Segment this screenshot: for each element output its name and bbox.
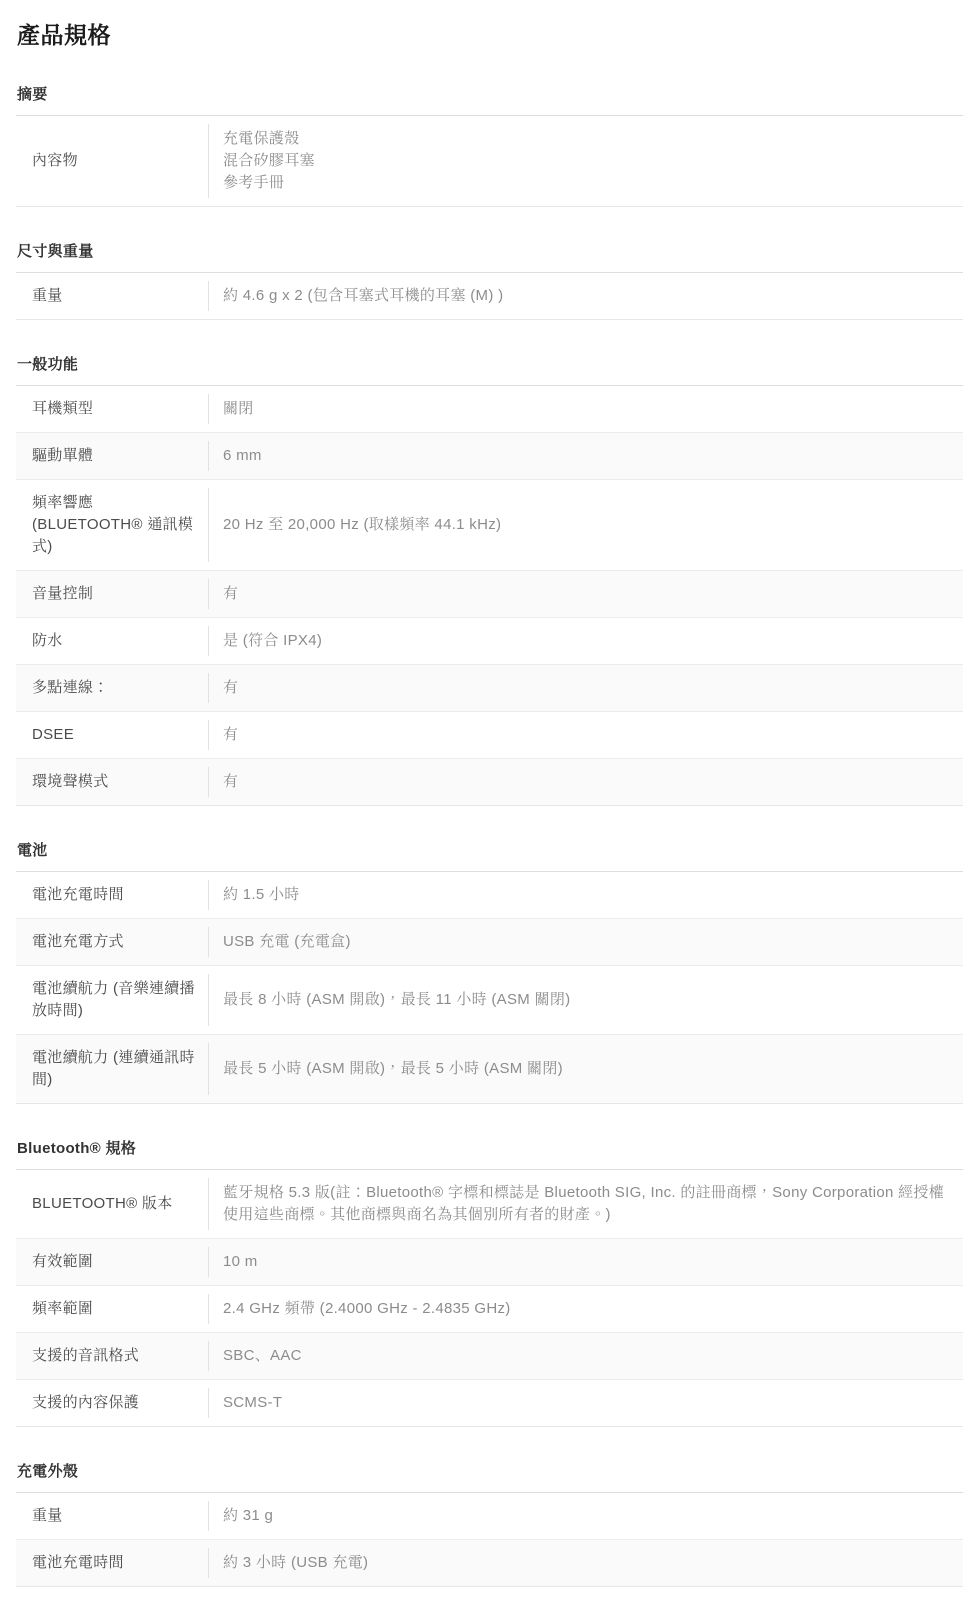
spec-row: 環境聲模式 有 (16, 759, 963, 805)
spec-row: 重量 約 31 g (16, 1493, 963, 1540)
spec-value: SBC、AAC (208, 1333, 963, 1379)
spec-label: 支援的內容保護 (16, 1380, 208, 1426)
column-divider (208, 394, 209, 424)
spec-value-line: 有 (223, 583, 945, 605)
spec-row: 有效範圍 10 m (16, 1239, 963, 1286)
spec-table-dimensions-weight: 重量 約 4.6 g x 2 (包含耳塞式耳機的耳塞 (M) ) (16, 272, 963, 320)
spec-value-line: USB 充電 (充電盒) (223, 931, 945, 953)
spec-value-line: 6 mm (223, 445, 945, 467)
spec-label: 頻率範圍 (16, 1286, 208, 1332)
section-heading-general-features: 一般功能 (17, 355, 963, 375)
column-divider (208, 579, 209, 609)
spec-page: 產品規格 摘要 內容物 充電保護殼 混合矽膠耳塞 參考手冊 尺寸與重量 重量 (0, 0, 979, 1611)
spec-value-line: 有 (223, 724, 945, 746)
section-dimensions-weight: 尺寸與重量 重量 約 4.6 g x 2 (包含耳塞式耳機的耳塞 (M) ) (16, 242, 963, 320)
spec-value: USB 充電 (充電盒) (208, 919, 963, 965)
spec-label: 有效範圍 (16, 1239, 208, 1285)
spec-value: 約 1.5 小時 (208, 872, 963, 918)
spec-label: 耳機類型 (16, 386, 208, 432)
spec-row: 內容物 充電保護殼 混合矽膠耳塞 參考手冊 (16, 116, 963, 206)
spec-value: 藍牙規格 5.3 版(註：Bluetooth® 字標和標誌是 Bluetooth… (208, 1170, 963, 1238)
section-summary: 摘要 內容物 充電保護殼 混合矽膠耳塞 參考手冊 (16, 85, 963, 207)
spec-table-summary: 內容物 充電保護殼 混合矽膠耳塞 參考手冊 (16, 115, 963, 207)
spec-label: 電池續航力 (連續通訊時間) (16, 1035, 208, 1103)
spec-label: DSEE (16, 712, 208, 758)
column-divider (208, 1294, 209, 1324)
spec-value: 有 (208, 665, 963, 711)
spec-value-line: 約 1.5 小時 (223, 884, 945, 906)
spec-label: 電池續航力 (音樂連續播放時間) (16, 966, 208, 1034)
spec-row: 音量控制 有 (16, 571, 963, 618)
spec-label: 防水 (16, 618, 208, 664)
spec-label: 電池充電方式 (16, 919, 208, 965)
spec-label: 重量 (16, 273, 208, 319)
spec-value-line: 約 3 小時 (USB 充電) (223, 1552, 945, 1574)
section-general-features: 一般功能 耳機類型 關閉 驅動單體 6 mm 頻率響應 (BLUETOOTH® … (16, 355, 963, 806)
spec-value: 約 31 g (208, 1493, 963, 1539)
spec-value-line: SCMS-T (223, 1392, 945, 1414)
spec-value: 最長 8 小時 (ASM 開啟)，最長 11 小時 (ASM 關閉) (208, 977, 963, 1023)
spec-value: 有 (208, 571, 963, 617)
spec-value-line: 最長 5 小時 (ASM 開啟)，最長 5 小時 (ASM 關閉) (223, 1058, 945, 1080)
column-divider (208, 626, 209, 656)
spec-value: 有 (208, 712, 963, 758)
column-divider (208, 673, 209, 703)
spec-value-line: 參考手冊 (223, 172, 945, 194)
section-heading-charging-case: 充電外殼 (17, 1462, 963, 1482)
spec-value-line: 充電保護殼 (223, 128, 945, 150)
spec-value-line: 關閉 (223, 398, 945, 420)
spec-row: BLUETOOTH® 版本 藍牙規格 5.3 版(註：Bluetooth® 字標… (16, 1170, 963, 1239)
column-divider (208, 927, 209, 957)
spec-label: 支援的音訊格式 (16, 1333, 208, 1379)
section-heading-dimensions-weight: 尺寸與重量 (17, 242, 963, 262)
spec-value: 6 mm (208, 433, 963, 479)
column-divider (208, 1548, 209, 1578)
spec-value: 最長 5 小時 (ASM 開啟)，最長 5 小時 (ASM 關閉) (208, 1046, 963, 1092)
spec-value: 20 Hz 至 20,000 Hz (取樣頻率 44.1 kHz) (208, 502, 963, 548)
section-heading-bluetooth-spec: Bluetooth® 規格 (17, 1139, 963, 1159)
spec-value-line: 2.4 GHz 頻帶 (2.4000 GHz - 2.4835 GHz) (223, 1298, 945, 1320)
column-divider (208, 880, 209, 910)
spec-label: 電池充電時間 (16, 1540, 208, 1586)
spec-value-line: 是 (符合 IPX4) (223, 630, 945, 652)
page-title: 產品規格 (17, 20, 963, 50)
spec-row: 電池充電方式 USB 充電 (充電盒) (16, 919, 963, 966)
spec-row: 支援的內容保護 SCMS-T (16, 1380, 963, 1426)
section-charging-case: 充電外殼 重量 約 31 g 電池充電時間 約 3 小時 (USB 充電) (16, 1462, 963, 1587)
spec-value-line: 10 m (223, 1251, 945, 1273)
spec-value-line: 20 Hz 至 20,000 Hz (取樣頻率 44.1 kHz) (223, 514, 945, 536)
column-divider (208, 281, 209, 311)
column-divider (208, 1388, 209, 1418)
spec-value: 10 m (208, 1239, 963, 1285)
spec-row: 支援的音訊格式 SBC、AAC (16, 1333, 963, 1380)
spec-label: 電池充電時間 (16, 872, 208, 918)
spec-label: BLUETOOTH® 版本 (16, 1181, 208, 1227)
spec-row: 驅動單體 6 mm (16, 433, 963, 480)
spec-row: 電池充電時間 約 3 小時 (USB 充電) (16, 1540, 963, 1586)
spec-value: 約 4.6 g x 2 (包含耳塞式耳機的耳塞 (M) ) (208, 273, 963, 319)
spec-row: 電池續航力 (音樂連續播放時間) 最長 8 小時 (ASM 開啟)，最長 11 … (16, 966, 963, 1035)
section-battery: 電池 電池充電時間 約 1.5 小時 電池充電方式 USB 充電 (充電盒) 電… (16, 841, 963, 1104)
spec-value: 關閉 (208, 386, 963, 432)
column-divider (208, 441, 209, 471)
column-divider (208, 767, 209, 797)
spec-value: 約 3 小時 (USB 充電) (208, 1540, 963, 1586)
spec-table-battery: 電池充電時間 約 1.5 小時 電池充電方式 USB 充電 (充電盒) 電池續航… (16, 871, 963, 1104)
column-divider (208, 1501, 209, 1531)
spec-table-charging-case: 重量 約 31 g 電池充電時間 約 3 小時 (USB 充電) (16, 1492, 963, 1587)
spec-value: 是 (符合 IPX4) (208, 618, 963, 664)
spec-value: 有 (208, 759, 963, 805)
spec-value-line: 混合矽膠耳塞 (223, 150, 945, 172)
spec-row: 頻率範圍 2.4 GHz 頻帶 (2.4000 GHz - 2.4835 GHz… (16, 1286, 963, 1333)
spec-table-general-features: 耳機類型 關閉 驅動單體 6 mm 頻率響應 (BLUETOOTH® 通訊模式)… (16, 385, 963, 806)
spec-table-bluetooth-spec: BLUETOOTH® 版本 藍牙規格 5.3 版(註：Bluetooth® 字標… (16, 1169, 963, 1427)
column-divider (208, 1341, 209, 1371)
column-divider (208, 488, 209, 562)
spec-label: 音量控制 (16, 571, 208, 617)
spec-label: 環境聲模式 (16, 759, 208, 805)
column-divider (208, 720, 209, 750)
spec-row: 電池充電時間 約 1.5 小時 (16, 872, 963, 919)
spec-row: 頻率響應 (BLUETOOTH® 通訊模式) 20 Hz 至 20,000 Hz… (16, 480, 963, 571)
column-divider (208, 1178, 209, 1230)
spec-row: 電池續航力 (連續通訊時間) 最長 5 小時 (ASM 開啟)，最長 5 小時 … (16, 1035, 963, 1103)
spec-value-line: 有 (223, 677, 945, 699)
spec-row: 耳機類型 關閉 (16, 386, 963, 433)
column-divider (208, 1247, 209, 1277)
spec-value-line: SBC、AAC (223, 1345, 945, 1367)
spec-row: 防水 是 (符合 IPX4) (16, 618, 963, 665)
section-heading-summary: 摘要 (17, 85, 963, 105)
column-divider (208, 124, 209, 198)
spec-label: 多點連線： (16, 665, 208, 711)
spec-label: 重量 (16, 1493, 208, 1539)
spec-value-line: 最長 8 小時 (ASM 開啟)，最長 11 小時 (ASM 關閉) (223, 989, 945, 1011)
section-bluetooth-spec: Bluetooth® 規格 BLUETOOTH® 版本 藍牙規格 5.3 版(註… (16, 1139, 963, 1427)
column-divider (208, 1043, 209, 1095)
spec-value-line: 約 4.6 g x 2 (包含耳塞式耳機的耳塞 (M) ) (223, 285, 945, 307)
spec-label: 頻率響應 (BLUETOOTH® 通訊模式) (16, 480, 208, 570)
spec-value-line: 約 31 g (223, 1505, 945, 1527)
spec-value: SCMS-T (208, 1380, 963, 1426)
spec-value-line: 有 (223, 771, 945, 793)
spec-row: DSEE 有 (16, 712, 963, 759)
spec-row: 重量 約 4.6 g x 2 (包含耳塞式耳機的耳塞 (M) ) (16, 273, 963, 319)
spec-label: 內容物 (16, 138, 208, 184)
section-heading-battery: 電池 (17, 841, 963, 861)
spec-row: 多點連線： 有 (16, 665, 963, 712)
spec-value: 充電保護殼 混合矽膠耳塞 參考手冊 (208, 116, 963, 206)
column-divider (208, 974, 209, 1026)
spec-label: 驅動單體 (16, 433, 208, 479)
spec-value: 2.4 GHz 頻帶 (2.4000 GHz - 2.4835 GHz) (208, 1286, 963, 1332)
spec-value-line: 藍牙規格 5.3 版(註：Bluetooth® 字標和標誌是 Bluetooth… (223, 1182, 945, 1226)
